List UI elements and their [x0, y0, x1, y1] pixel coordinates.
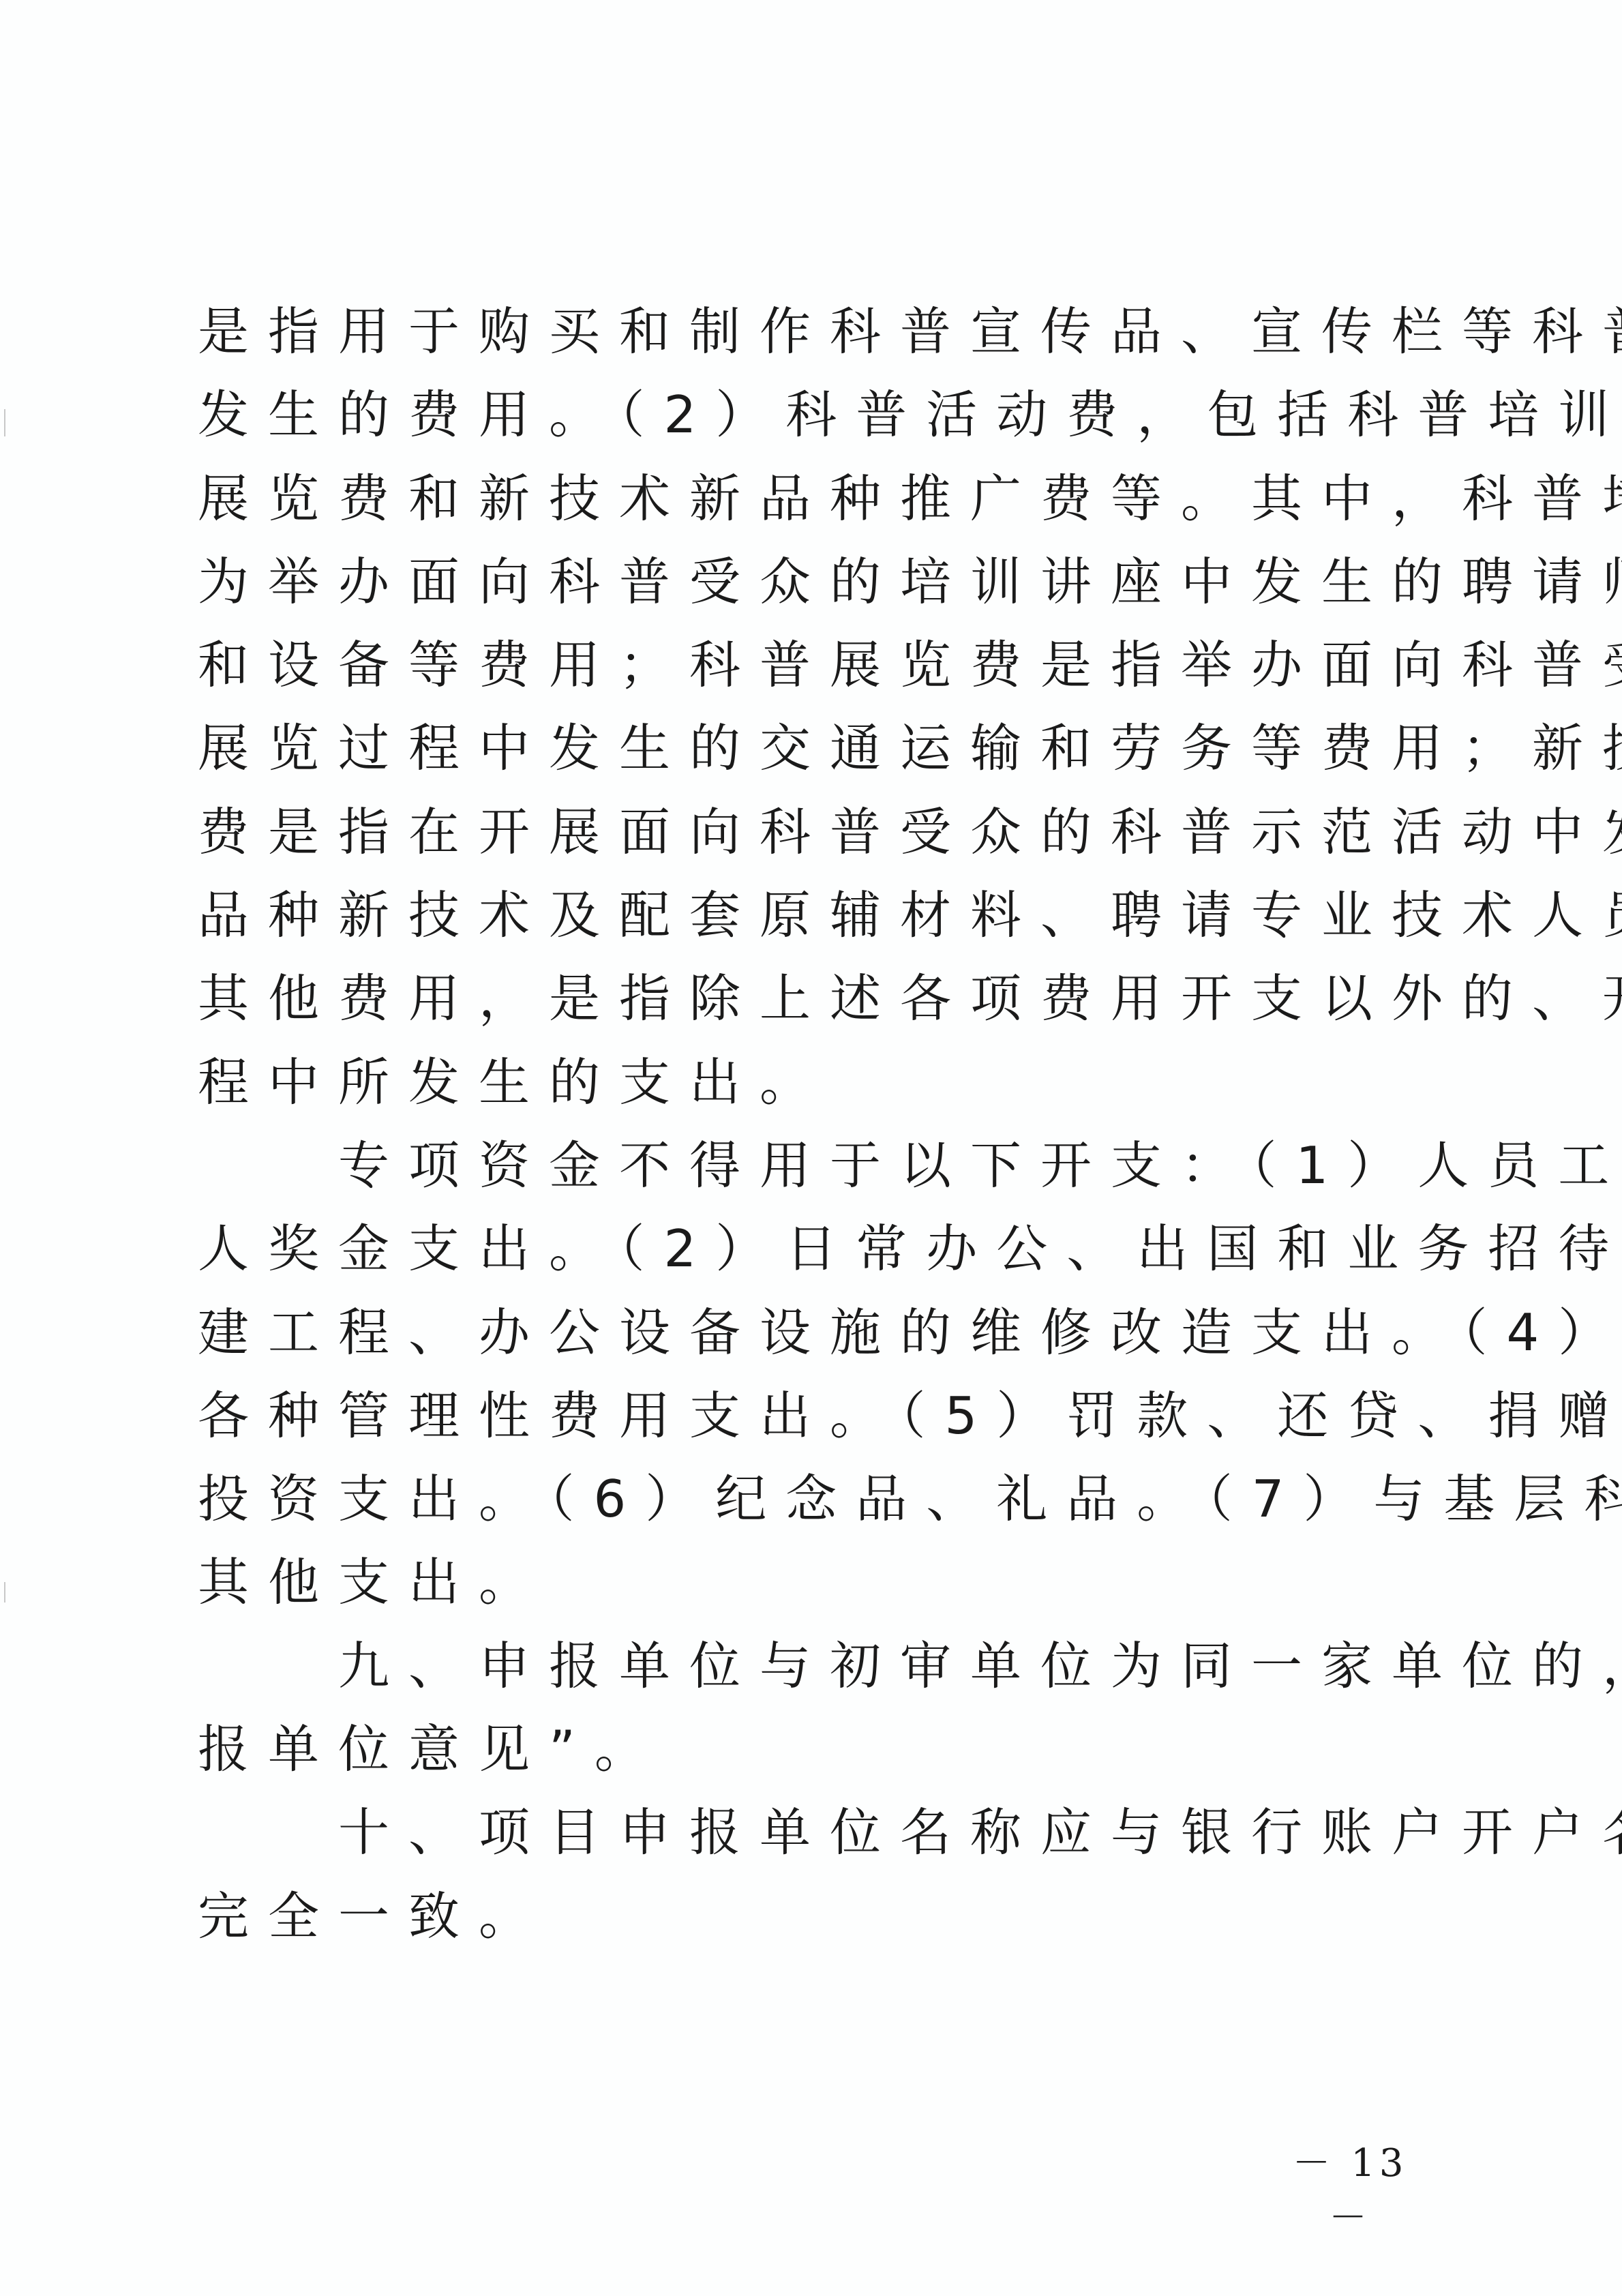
text-line: 发生的费用。（2）科普活动费，包括科普培训讲座费、科普 [198, 373, 1418, 456]
text-line: 各种管理性费用支出。（5）罚款、还贷、捐赠、赞助、对外 [198, 1374, 1418, 1457]
text-line: 展览费和新技术新品种推广费等。其中，科普培训讲座费是指 [198, 457, 1418, 540]
document-page: 是指用于购买和制作科普宣传品、宣传栏等科普展品、展具所 发生的费用。（2）科普活… [0, 0, 1622, 2296]
text-line: 是指用于购买和制作科普宣传品、宣传栏等科普展品、展具所 [198, 290, 1418, 373]
page-number: － 13 － [1282, 2133, 1418, 2242]
body-text: 是指用于购买和制作科普宣传品、宣传栏等科普展品、展具所 发生的费用。（2）科普活… [198, 290, 1418, 1958]
paragraph-start-line: 九、申报单位与初审单位为同一家单位的，只需填写“申 [198, 1624, 1418, 1708]
paragraph-start-line: 专项资金不得用于以下开支：（1）人员工资、福利和个 [198, 1124, 1418, 1207]
scan-edge-mark [4, 1582, 5, 1602]
text-line: 报单位意见”。 [198, 1708, 1418, 1791]
text-line: 其他费用，是指除上述各项费用开支以外的、开展科普活动过 [198, 957, 1418, 1040]
paragraph-start-line: 十、项目申报单位名称应与银行账户开户名称、单位公章 [198, 1791, 1418, 1874]
text-line: 和设备等费用；科普展览费是指举办面向科普受众的科普宣传 [198, 623, 1418, 706]
text-line: 建工程、办公设备设施的维修改造支出。（4）组织、协调等 [198, 1291, 1418, 1374]
text-line: 为举办面向科普受众的培训讲座中发生的聘请师资、租赁场地 [198, 540, 1418, 623]
text-line: 展览过程中发生的交通运输和劳务等费用；新技术新品种推广 [198, 706, 1418, 790]
scan-edge-mark [4, 409, 5, 436]
text-line: 其他支出。 [198, 1540, 1418, 1624]
text-line: 费是指在开展面向科普受众的科普示范活动中发生的租用新 [198, 790, 1418, 874]
text-line: 程中所发生的支出。 [198, 1041, 1418, 1124]
text-line: 完全一致。 [198, 1875, 1418, 1958]
text-line: 投资支出。（6）纪念品、礼品。（7）与基层科普活动无关的 [198, 1457, 1418, 1540]
text-line: 品种新技术及配套原辅材料、聘请专业技术人员等费用。（3） [198, 874, 1418, 957]
text-line: 人奖金支出。（2）日常办公、出国和业务招待支出。（3）土 [198, 1207, 1418, 1290]
